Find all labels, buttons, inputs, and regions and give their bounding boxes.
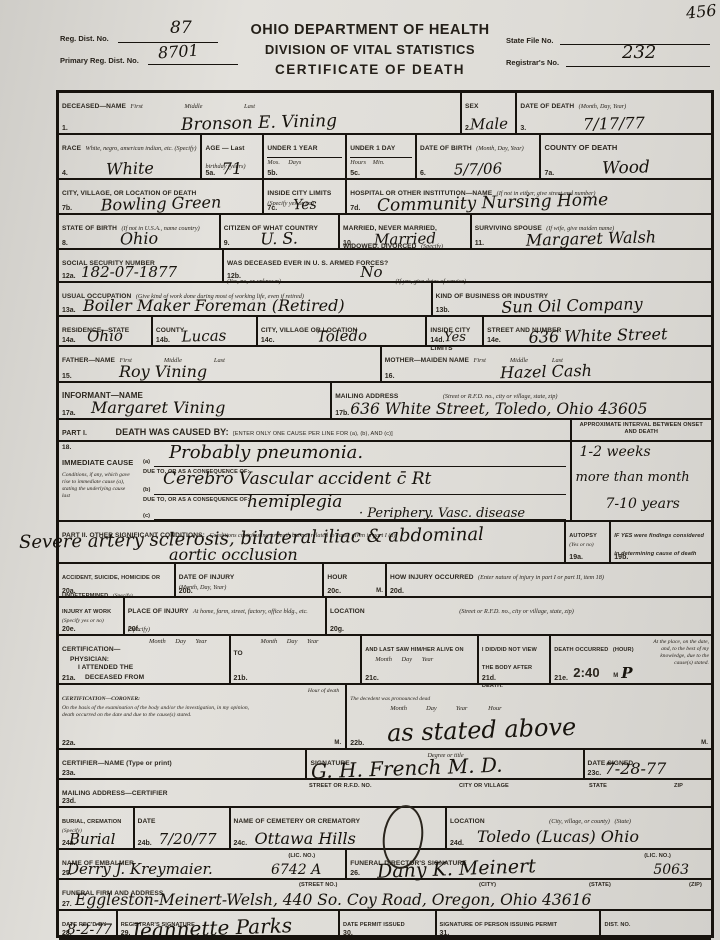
cause-line-c-extra: · Periphery. Vasc. disease bbox=[359, 506, 525, 521]
item-number: 24b. bbox=[138, 840, 152, 847]
director-lic-label: (LIC. NO.) bbox=[644, 853, 671, 860]
inside-city-limits-label: INSIDE CITY LIMITS bbox=[267, 190, 331, 197]
due-to-label-2: DUE TO, OR AS A CONSEQUENCE OF: bbox=[143, 497, 250, 504]
sex-label: SEX bbox=[465, 103, 479, 110]
certifier-name-label: CERTIFIER—NAME (Type or print) bbox=[62, 760, 172, 767]
cemetery-label: NAME OF CEMETERY OR CREMATORY bbox=[234, 818, 361, 825]
date-of-birth-label: DATE OF BIRTH bbox=[420, 145, 472, 152]
injury-at-work-label: INJURY AT WORK bbox=[62, 609, 111, 615]
embalmer-value: Derry J. Kreymaier. bbox=[67, 860, 213, 878]
field-how-injury-occurred: HOW INJURY OCCURRED (Enter nature of inj… bbox=[385, 564, 711, 596]
injury-date-label: DATE OF INJURY bbox=[179, 574, 235, 581]
burial-date-label: DATE bbox=[138, 818, 156, 825]
item-number: 21e. bbox=[554, 675, 568, 682]
field-permit-signature: SIGNATURE OF PERSON ISSUING PERMIT 31. bbox=[435, 911, 600, 938]
field-date-of-birth: DATE OF BIRTH (Month, Day, Year) 6. 5/7/… bbox=[415, 135, 540, 178]
how-injury-sub: (Enter nature of injury in part I or par… bbox=[478, 574, 604, 581]
burial-location-sub: (City, village, or county) (State) bbox=[549, 818, 631, 825]
item-number: 20d. bbox=[390, 588, 404, 595]
reg-dist-value: 87 bbox=[170, 18, 192, 38]
under-1-day-label: UNDER 1 DAY bbox=[350, 145, 395, 152]
burial-location-value: Toledo (Lucas) Ohio bbox=[477, 827, 639, 846]
cause-line-b-prefix: (b) bbox=[143, 487, 150, 494]
field-burial-location: LOCATION (City, village, or county) (Sta… bbox=[445, 808, 711, 848]
item-number: 9. bbox=[224, 240, 230, 247]
item-number: 21c. bbox=[365, 675, 379, 682]
cemetery-value: Ottawa Hills bbox=[255, 829, 356, 848]
injury-at-work-sub: (Specify yes or no) bbox=[62, 618, 120, 624]
field-industry: KIND OF BUSINESS OR INDUSTRY 13b. Sun Oi… bbox=[431, 283, 711, 315]
item-number: 17b. bbox=[335, 410, 349, 417]
item-number: 21b. bbox=[234, 675, 248, 682]
field-certifier-signature: SIGNATURE Degree or title G. H. French M… bbox=[305, 750, 582, 778]
state-of-birth-value: Ohio bbox=[120, 229, 159, 249]
item-number: 1. bbox=[62, 125, 68, 132]
state-of-birth-label: STATE OF BIRTH bbox=[62, 225, 117, 232]
field-residence-county: COUNTY 14b. Lucas bbox=[151, 317, 256, 345]
death-occurred-label: DEATH OCCURRED bbox=[554, 647, 608, 653]
item-number: 23c. bbox=[588, 770, 602, 777]
field-funeral-firm: FUNERAL FIRM AND ADDRESS (STREET NO.) (C… bbox=[59, 880, 711, 909]
firm-col-street: (STREET NO.) bbox=[299, 882, 338, 889]
deceased-name-columns: First Middle Last bbox=[130, 103, 255, 110]
item-number: 30. bbox=[343, 930, 353, 937]
date-of-birth-sub: (Month, Day, Year) bbox=[476, 145, 524, 152]
under-1-year-label: UNDER 1 YEAR bbox=[267, 145, 317, 152]
ssn-value: 182-07-1877 bbox=[81, 263, 177, 281]
firm-col-zip: (ZIP) bbox=[689, 882, 702, 889]
field-father-name: FATHER—NAME First Middle Last 15. Roy Vi… bbox=[59, 347, 380, 381]
field-burial-type: BURIAL, CREMATION (Specify) 24a. Burial bbox=[59, 808, 133, 848]
informant-address-value: 636 White Street, Toledo, Ohio 43605 bbox=[350, 400, 647, 418]
certifier-mailing-label: MAILING ADDRESS—CERTIFIER bbox=[62, 790, 168, 797]
field-marital-status: MARRIED, NEVER MARRIED, WIDOWED, DIVORCE… bbox=[338, 215, 470, 248]
burial-type-label: BURIAL, CREMATION bbox=[62, 819, 121, 825]
industry-value: Sun Oil Company bbox=[501, 294, 643, 317]
field-informant-address: MAILING ADDRESS (Street or R.F.D. no., c… bbox=[330, 383, 711, 418]
field-attended-to: Month Day Year TO 21b. bbox=[229, 636, 361, 683]
item-number: 14e. bbox=[487, 337, 501, 344]
injury-location-label: LOCATION bbox=[330, 608, 365, 615]
residence-state-value: Ohio bbox=[87, 327, 123, 346]
registrar-signature-value: Jeannette Parks bbox=[131, 913, 292, 940]
item-number: 27. bbox=[62, 901, 72, 908]
residence-street-value: 636 White Street bbox=[528, 324, 667, 347]
item-number: 4. bbox=[62, 170, 68, 177]
field-inside-city-limits-death: INSIDE CITY LIMITS (Specify yes or no) 7… bbox=[262, 180, 345, 213]
firm-col-state: (STATE) bbox=[589, 882, 611, 889]
field-pronounced-dead: The decedent was pronounced dead Month D… bbox=[345, 685, 711, 748]
item-number: 16. bbox=[385, 373, 395, 380]
field-manner-of-death: ACCIDENT, SUICIDE, HOMICIDE OR UNDETERMI… bbox=[59, 564, 174, 596]
place-of-injury-label: PLACE OF INJURY bbox=[128, 608, 189, 615]
field-under-1-day: UNDER 1 DAY Hours Min. 5c. bbox=[345, 135, 415, 178]
field-attended-from: CERTIFICATION— Month Day Year PHYSICIAN:… bbox=[59, 636, 229, 683]
field-other-significant-conditions: PART II. OTHER SIGNIFICANT CONDITIONS: C… bbox=[59, 522, 564, 562]
item-number: 18. bbox=[62, 444, 71, 452]
cause-line-a-value: Probably pneumonia. bbox=[169, 442, 363, 463]
interval-c-value: 7-10 years bbox=[606, 496, 680, 512]
coroner-m-label: M. bbox=[334, 740, 341, 748]
item-number: 26. bbox=[350, 870, 360, 877]
deceased-from-label: DECEASED FROM bbox=[85, 674, 144, 682]
item-number: 12a. bbox=[62, 273, 76, 280]
part1-label: PART I. bbox=[62, 430, 87, 437]
field-date-received: DATE REC'D BY LOCAL REG. 28. 8-2-77 bbox=[59, 911, 116, 938]
item-number: 13b. bbox=[436, 307, 450, 314]
firm-value: Eggleston-Meinert-Welsh, 440 So. Coy Roa… bbox=[75, 891, 591, 909]
cause-line-a-prefix: (a) bbox=[143, 459, 150, 466]
embalmer-lic-label: (LIC. NO.) bbox=[288, 853, 315, 860]
item-number: 13a. bbox=[62, 307, 76, 314]
field-hospital: HOSPITAL OR OTHER INSTITUTION—NAME (If n… bbox=[345, 180, 711, 213]
field-last-saw-alive: AND LAST SAW HIM/HER ALIVE ON Month Day … bbox=[360, 636, 477, 683]
date-of-birth-value: 5/7/06 bbox=[454, 159, 503, 178]
field-embalmer: NAME OF EMBALMER (LIC. NO.) 25. Derry J.… bbox=[59, 850, 345, 878]
item-number: 24c. bbox=[234, 840, 248, 847]
informant-address-sub: (Street or R.F.D. no., city or village, … bbox=[443, 393, 558, 400]
item-number: 17a. bbox=[62, 410, 76, 417]
race-value: White bbox=[106, 158, 154, 178]
mother-name-label: MOTHER—MAIDEN NAME bbox=[385, 357, 469, 364]
mother-name-value: Hazel Cash bbox=[500, 361, 592, 382]
registrar-no-label: Registrar's No. bbox=[506, 58, 559, 67]
field-residence-street: STREET AND NUMBER 14e. 636 White Street bbox=[482, 317, 711, 345]
cause-line-c-prefix: (c) bbox=[143, 513, 150, 520]
item-number: 5b. bbox=[267, 170, 277, 177]
under-1-year-sub: Mos. Days bbox=[267, 157, 342, 167]
item-number: 21a. bbox=[62, 675, 76, 682]
injury-hour-label: HOUR bbox=[327, 574, 347, 581]
burial-date-value: 7/20/77 bbox=[159, 830, 217, 848]
item-number: 24d. bbox=[450, 840, 464, 847]
field-surviving-spouse: SURVIVING SPOUSE (If wife, give maiden n… bbox=[470, 215, 711, 248]
item-number: 20e. bbox=[62, 626, 76, 633]
field-autopsy: AUTOPSY (Yes or no) 19a. bbox=[564, 522, 609, 562]
pronounced-columns: Month Day Year Hour bbox=[390, 705, 708, 712]
field-injury-hour: HOUR 20c. M. bbox=[322, 564, 385, 596]
item-number: 19b. bbox=[614, 554, 628, 561]
hour-of-death-label: Hour of death bbox=[308, 688, 339, 695]
burial-type-value: Burial bbox=[69, 830, 115, 848]
field-burial-date: DATE 24b. 7/20/77 bbox=[133, 808, 229, 848]
date-of-death-label: DATE OF DEATH bbox=[520, 103, 574, 110]
item-number: 14a. bbox=[62, 337, 76, 344]
field-residence-city-limits: INSIDE CITY LIMITS 14d. Yes bbox=[425, 317, 482, 345]
interval-column: 1-2 weeks more than month 7-10 years bbox=[570, 442, 711, 520]
field-city-of-death: CITY, VILLAGE, OR LOCATION OF DEATH 7b. … bbox=[59, 180, 262, 213]
field-armed-forces: WAS DECEASED EVER IN U. S. ARMED FORCES?… bbox=[222, 250, 711, 281]
date-of-death-sub: (Month, Day, Year) bbox=[579, 103, 627, 110]
county-of-death-label: COUNTY OF DEATH bbox=[544, 143, 617, 152]
conditions-note: Conditions, if any, which gave rise to i… bbox=[62, 472, 134, 500]
field-coroner-certification: CERTIFICATION—CORONER: On the basis of t… bbox=[59, 685, 345, 748]
item-number: 20g. bbox=[330, 626, 344, 633]
cause-line-c-value: hemiplegia bbox=[247, 492, 342, 512]
embalmer-lic-value: 6742 A bbox=[271, 862, 321, 878]
certification-label: CERTIFICATION— bbox=[62, 646, 120, 653]
field-certifier-name: CERTIFIER—NAME (Type or print) 23a. bbox=[59, 750, 305, 778]
item-number: 22b. bbox=[350, 740, 364, 747]
informant-address-label: MAILING ADDRESS bbox=[335, 393, 398, 400]
mdy-columns: Month Day Year bbox=[261, 638, 319, 645]
death-hour-ampm-value: P bbox=[621, 664, 632, 682]
field-injury-at-work: INJURY AT WORK (Specify yes or no) 20e. bbox=[59, 598, 123, 634]
field-injury-location: LOCATION (Street or R.F.D. no., city or … bbox=[325, 598, 711, 634]
race-label: RACE bbox=[62, 145, 81, 152]
coroner-label: CERTIFICATION—CORONER: bbox=[62, 696, 140, 702]
field-autopsy-findings: IF YES were findings considered in deter… bbox=[609, 522, 711, 562]
under-1-day-sub: Hours Min. bbox=[350, 157, 412, 167]
coroner-text: On the basis of the examination of the b… bbox=[62, 705, 262, 719]
mailing-col-street: STREET OR R.F.D. NO. bbox=[309, 783, 372, 790]
page-corner-number: 456 bbox=[685, 0, 717, 22]
father-name-value: Roy Vining bbox=[119, 362, 207, 381]
autopsy-sub: (Yes or no) bbox=[569, 542, 606, 548]
pronounced-m-label: M. bbox=[701, 740, 708, 748]
injury-location-sub: (Street or R.F.D. no., city or village, … bbox=[459, 608, 574, 615]
registrar-no-value: 232 bbox=[622, 42, 656, 63]
residence-city-value: Toledo bbox=[316, 326, 367, 345]
reg-dist-label: Reg. Dist. No. bbox=[60, 34, 109, 43]
primary-reg-dist-value: 8701 bbox=[157, 41, 199, 63]
firm-col-city: (CITY) bbox=[479, 882, 496, 889]
title-line-3: CERTIFICATE OF DEATH bbox=[240, 62, 500, 77]
marital-status-value: Married bbox=[374, 229, 436, 249]
field-place-of-injury: PLACE OF INJURY At home, farm, street, f… bbox=[123, 598, 325, 634]
item-number: 23d. bbox=[62, 798, 76, 805]
to-label: TO bbox=[234, 650, 358, 658]
item-number: 29. bbox=[121, 930, 131, 937]
field-permit-date: DATE PERMIT ISSUED 30. bbox=[338, 911, 434, 938]
occupation-value: Boiler Maker Foreman (Retired) bbox=[83, 296, 345, 315]
age-value: 71 bbox=[222, 159, 243, 179]
field-under-1-year: UNDER 1 YEAR Mos. Days 5b. bbox=[262, 135, 345, 178]
item-number: 10. bbox=[343, 240, 353, 247]
field-mother-name: MOTHER—MAIDEN NAME First Middle Last 16.… bbox=[380, 347, 711, 381]
dist-no-label: DIST. NO. bbox=[604, 922, 630, 928]
sex-value: Male bbox=[469, 115, 507, 134]
state-file-label: State File No. bbox=[506, 36, 554, 45]
field-state-of-birth: STATE OF BIRTH (If not in U.S.A., name c… bbox=[59, 215, 219, 248]
field-injury-date: DATE OF INJURY (Month, Day, Year) 20b. bbox=[174, 564, 323, 596]
part1-heading: DEATH WAS CAUSED BY: bbox=[116, 427, 229, 437]
item-number: 19a. bbox=[569, 554, 583, 561]
title-line-2: DIVISION OF VITAL STATISTICS bbox=[240, 42, 500, 57]
field-cause-of-death: 18. IMMEDIATE CAUSE Conditions, if any, … bbox=[59, 442, 570, 520]
mdy-columns: Month Day Year bbox=[149, 638, 207, 645]
primary-reg-dist-label: Primary Reg. Dist. No. bbox=[60, 56, 139, 65]
deceased-name-label: DECEASED—NAME bbox=[62, 103, 126, 110]
burial-location-label: LOCATION bbox=[450, 818, 485, 825]
part1-interval-header: APPROXIMATE INTERVAL BETWEEN ONSET AND D… bbox=[570, 420, 711, 440]
immediate-cause-label: IMMEDIATE CAUSE bbox=[62, 458, 133, 467]
item-number: 12b. bbox=[227, 273, 241, 280]
field-informant-name: INFORMANT—NAME 17a. Margaret Vining bbox=[59, 383, 330, 418]
field-race: RACE White, negro, american indian, etc.… bbox=[59, 135, 200, 178]
item-number: 5a. bbox=[205, 170, 215, 177]
citizen-value: U. S. bbox=[260, 229, 298, 249]
permit-date-label: DATE PERMIT ISSUED bbox=[343, 922, 405, 928]
date-signed-value: 7-28-77 bbox=[605, 759, 667, 778]
death-hour-m-label: M bbox=[613, 673, 618, 681]
field-viewed-body: I DID/DID NOT VIEW THE BODY AFTER DEATH.… bbox=[477, 636, 549, 683]
pronounced-label: The decedent was pronounced dead bbox=[350, 696, 430, 702]
field-ssn: SOCIAL SECURITY NUMBER 12a. 182-07-1877 bbox=[59, 250, 222, 281]
interval-header-label: APPROXIMATE INTERVAL BETWEEN ONSET AND D… bbox=[575, 422, 708, 436]
mailing-col-city: CITY OR VILLAGE bbox=[459, 783, 509, 790]
informant-name-value: Margaret Vining bbox=[91, 398, 225, 417]
attestation-text: At the place, on the date, and, to the b… bbox=[647, 639, 709, 667]
item-number: 21d. bbox=[482, 675, 496, 682]
date-of-death-value: 7/17/77 bbox=[583, 113, 645, 134]
field-citizen: CITIZEN OF WHAT COUNTRY 9. U. S. bbox=[219, 215, 338, 248]
death-hour-value: 2:40 bbox=[573, 665, 599, 681]
surviving-spouse-value: Margaret Walsh bbox=[526, 227, 657, 249]
how-injury-label: HOW INJURY OCCURRED bbox=[390, 574, 474, 581]
certificate-form: DECEASED—NAME First Middle Last 1. Brons… bbox=[56, 90, 714, 938]
city-of-death-value: Bowling Green bbox=[100, 192, 221, 214]
item-number: 3. bbox=[520, 125, 526, 132]
permit-signature-label: SIGNATURE OF PERSON ISSUING PERMIT bbox=[440, 922, 558, 928]
item-number: 5c. bbox=[350, 170, 360, 177]
item-number: 11. bbox=[475, 240, 484, 247]
autopsy-label: AUTOPSY bbox=[569, 533, 597, 539]
field-registrar-signature: REGISTRAR'S SIGNATURE 29. Jeannette Park… bbox=[116, 911, 338, 938]
field-county-of-death: COUNTY OF DEATH 7a. Wood bbox=[539, 135, 710, 178]
pronounced-value: as stated above bbox=[387, 713, 577, 748]
item-number: 22a. bbox=[62, 740, 76, 747]
item-number: 14d. bbox=[430, 337, 444, 344]
item-number: 7a. bbox=[544, 170, 554, 177]
father-name-label: FATHER—NAME bbox=[62, 357, 115, 364]
armed-forces-value: No bbox=[360, 263, 382, 281]
injury-hour-m-label: M. bbox=[376, 588, 383, 596]
residence-county-value: Lucas bbox=[182, 326, 227, 345]
item-number: 20c. bbox=[327, 588, 341, 595]
injury-date-sub: (Month, Day, Year) bbox=[179, 584, 320, 591]
interval-b-value: more than month bbox=[576, 470, 690, 485]
last-saw-label: AND LAST SAW HIM/HER ALIVE ON bbox=[365, 647, 463, 653]
item-number: 7b. bbox=[62, 205, 72, 212]
field-residence-city: CITY, VILLAGE OR LOCATION 14c. Toledo bbox=[256, 317, 426, 345]
physician-label: PHYSICIAN: bbox=[70, 656, 226, 664]
item-number: 20f. bbox=[128, 626, 140, 633]
age-label: AGE — Last bbox=[205, 145, 244, 152]
mailing-col-state: STATE bbox=[589, 783, 607, 790]
part1-header: PART I. DEATH WAS CAUSED BY: [ENTER ONLY… bbox=[59, 420, 570, 440]
residence-county-label: COUNTY bbox=[156, 327, 184, 334]
race-sub: White, negro, american indian, etc. (Spe… bbox=[86, 145, 197, 152]
item-number: 20a. bbox=[62, 588, 76, 595]
cause-line-b-value: Cerebro Vascular accident c̄ Rt bbox=[163, 469, 431, 489]
county-of-death-value: Wood bbox=[602, 157, 650, 178]
date-received-value: 8-2-77 bbox=[67, 922, 112, 938]
item-number: 23a. bbox=[62, 770, 76, 777]
field-date-signed: DATE SIGNED 23c. 7-28-77 bbox=[583, 750, 711, 778]
item-number: 6. bbox=[420, 170, 426, 177]
inside-city-limits-value: Yes bbox=[293, 197, 317, 214]
field-deceased-name: DECEASED—NAME First Middle Last 1. Brons… bbox=[59, 93, 460, 133]
item-number: 7d. bbox=[350, 205, 360, 212]
death-occurred-sub: (HOUR) bbox=[613, 647, 634, 653]
residence-city-limits-value: Yes bbox=[444, 330, 466, 346]
field-dist-no: DIST. NO. bbox=[599, 911, 710, 938]
mailing-col-zip: ZIP bbox=[674, 783, 683, 790]
field-date-of-death: DATE OF DEATH (Month, Day, Year) 3. 7/17… bbox=[515, 93, 711, 133]
director-lic-value: 5063 bbox=[653, 862, 689, 878]
item-number: 8. bbox=[62, 240, 68, 247]
item-number: 20b. bbox=[179, 588, 193, 595]
mdy-columns: Month Day Year bbox=[375, 656, 474, 663]
item-number: 14b. bbox=[156, 337, 170, 344]
field-sex: SEX 2. Male bbox=[460, 93, 515, 133]
part1-heading-note: [ENTER ONLY ONE CAUSE PER LINE FOR (a), … bbox=[233, 431, 393, 437]
interval-a-value: 1-2 weeks bbox=[580, 444, 651, 460]
item-number: 14c. bbox=[261, 337, 275, 344]
field-occupation: USUAL OCCUPATION (Give kind of work done… bbox=[59, 283, 431, 315]
field-certifier-mailing-address: MAILING ADDRESS—CERTIFIER STREET OR R.F.… bbox=[59, 780, 711, 806]
field-age: AGE — Last birthday (years) 5a. 71 bbox=[200, 135, 262, 178]
attended-label: I ATTENDED THE bbox=[78, 664, 226, 672]
deceased-name-value: Bronson E. Vining bbox=[181, 111, 337, 135]
item-number: 15. bbox=[62, 373, 72, 380]
field-death-hour: DEATH OCCURRED (HOUR) At the place, on t… bbox=[549, 636, 711, 683]
item-number: 7c. bbox=[267, 205, 277, 212]
field-residence-state: RESIDENCE—STATE 14a. Ohio bbox=[59, 317, 151, 345]
title-line-1: OHIO DEPARTMENT OF HEALTH bbox=[240, 22, 500, 38]
item-number: 31. bbox=[440, 930, 450, 937]
